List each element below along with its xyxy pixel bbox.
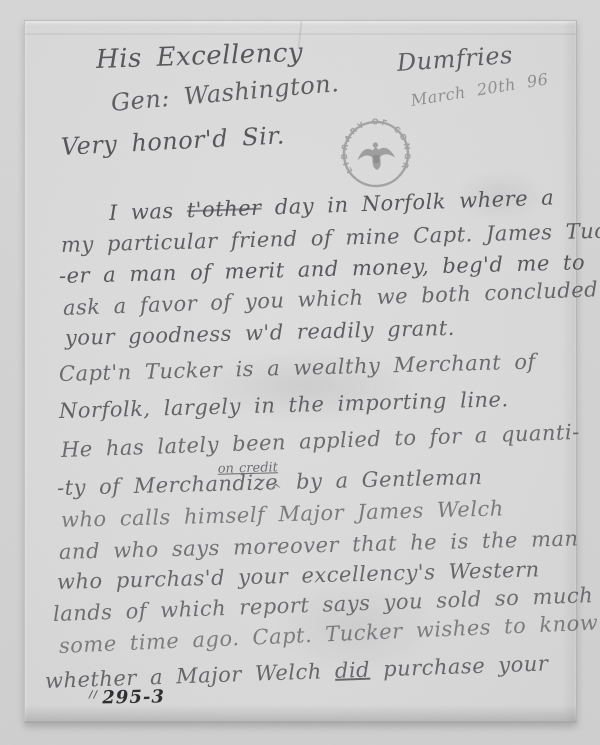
date-line: March 20th 96 xyxy=(410,71,550,109)
scanned-letter-screenshot: { "scan": { "background_color": "#d2d2d2… xyxy=(0,0,600,745)
letter-line: my particular friend of mine Capt. James… xyxy=(61,220,600,256)
letter-line: -ty of Merchandizeon credit^by a Gentlem… xyxy=(57,463,483,499)
letter-line: your goodness w'd readily grant. xyxy=(65,318,455,349)
struck-word: t'other xyxy=(186,196,262,223)
line-text: by a Gentleman xyxy=(296,465,483,494)
line-text: I was xyxy=(109,198,188,225)
letter-line: who calls himself Major James Welch xyxy=(61,498,504,531)
letter-line: He has lately been applied to for a quan… xyxy=(61,422,580,461)
bottom-fold-shadow xyxy=(25,705,576,721)
inserted-text: on credit xyxy=(218,461,279,476)
library-of-congress-stamp: LIBRARY OF CONGRESS xyxy=(333,111,418,196)
underlined-word: did xyxy=(334,658,370,683)
letter-line: Norfolk, largely in the importing line. xyxy=(59,389,509,422)
letter-line: Capt'n Tucker is a wealthy Merchant of xyxy=(59,352,536,385)
letter-page: His Excellency Gen: Washington. Very hon… xyxy=(24,20,577,723)
letter-line: I was t'other day in Norfolk where a xyxy=(109,187,555,224)
paper-edge-shade xyxy=(562,21,576,721)
recipient-line-2: Gen: Washington. xyxy=(110,71,340,115)
line-text: purchase your xyxy=(370,651,549,681)
eagle-icon xyxy=(356,141,396,171)
ditto-ticks: // xyxy=(89,690,99,701)
salutation: Very honor'd Sir. xyxy=(60,123,285,159)
insertion-mark: on credit^ xyxy=(278,468,297,489)
line-text: day in Norfolk where a xyxy=(261,185,554,219)
recipient-line-1: His Excellency xyxy=(96,40,304,73)
place-line: Dumfries xyxy=(396,43,513,75)
caret-icon: ^ xyxy=(270,483,283,497)
